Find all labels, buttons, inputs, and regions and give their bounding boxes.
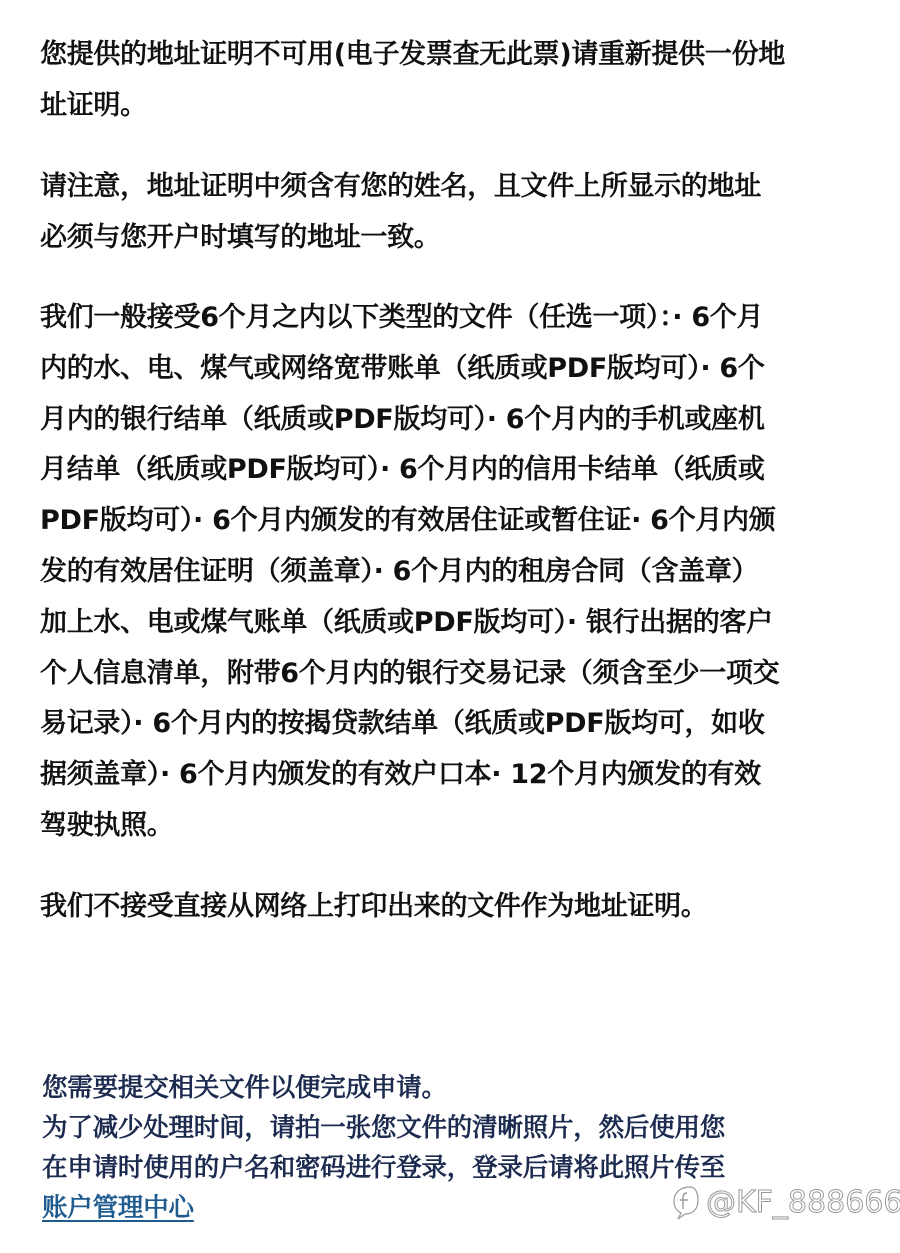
watermark: @KF_888666 bbox=[668, 1183, 900, 1221]
text-line: 加上水、电或煤气账单（纸质或PDF版均可）· 银行出据的客户 bbox=[40, 598, 870, 649]
notice-line: 在申请时使用的户名和密码进行登录，登录后请将此照片传至 bbox=[42, 1148, 872, 1188]
text-line: 据须盖章）· 6个月内颁发的有效户口本· 12个月内颁发的有效 bbox=[40, 750, 870, 801]
document-page: 您提供的地址证明不可用(电子发票查无此票)请重新提供一份地 址证明。 请注意，地… bbox=[0, 0, 900, 1253]
text-line: 月内的银行结单（纸质或PDF版均可）· 6个月内的手机或座机 bbox=[40, 395, 870, 446]
paragraph-unusable-proof: 您提供的地址证明不可用(电子发票查无此票)请重新提供一份地 址证明。 bbox=[40, 30, 870, 132]
notice-line: 为了减少处理时间，请拍一张您文件的清晰照片，然后使用您 bbox=[42, 1108, 872, 1148]
paragraph-name-address-requirement: 请注意，地址证明中须含有您的姓名，且文件上所显示的地址 必须与您开户时填写的地址… bbox=[40, 162, 870, 264]
text-line: 我们一般接受6个月之内以下类型的文件（任选一项）：· 6个月 bbox=[40, 293, 870, 344]
paragraph-not-accepted: 我们不接受直接从网络上打印出来的文件作为地址证明。 bbox=[40, 882, 870, 933]
text-line: 址证明。 bbox=[40, 81, 870, 132]
text-line: 驾驶执照。 bbox=[40, 801, 870, 852]
text-line: 易记录）· 6个月内的按揭贷款结单（纸质或PDF版均可，如收 bbox=[40, 699, 870, 750]
notice-line: 您需要提交相关文件以便完成申请。 bbox=[42, 1068, 872, 1108]
text-line: 请注意，地址证明中须含有您的姓名，且文件上所显示的地址 bbox=[40, 162, 870, 213]
text-line: PDF版均可）· 6个月内颁发的有效居住证或暂住证· 6个月内颁 bbox=[40, 496, 870, 547]
watermark-text: @KF_888666 bbox=[706, 1185, 900, 1220]
text-line: 必须与您开户时填写的地址一致。 bbox=[40, 213, 870, 264]
text-line: 您提供的地址证明不可用(电子发票查无此票)请重新提供一份地 bbox=[40, 30, 870, 81]
text-line: 个人信息清单，附带6个月内的银行交易记录（须含至少一项交 bbox=[40, 649, 870, 700]
text-line: 月结单（纸质或PDF版均可）· 6个月内的信用卡结单（纸质或 bbox=[40, 445, 870, 496]
account-management-center-link[interactable]: 账户管理中心 bbox=[42, 1193, 194, 1223]
text-line: 内的水、电、煤气或网络宽带账单（纸质或PDF版均可）· 6个 bbox=[40, 344, 870, 395]
zhihu-logo-icon bbox=[668, 1183, 702, 1221]
text-line: 我们不接受直接从网络上打印出来的文件作为地址证明。 bbox=[40, 882, 870, 933]
text-line: 发的有效居住证明（须盖章）· 6个月内的租房合同（含盖章） bbox=[40, 547, 870, 598]
paragraph-accepted-documents: 我们一般接受6个月之内以下类型的文件（任选一项）：· 6个月 内的水、电、煤气或… bbox=[40, 293, 870, 852]
